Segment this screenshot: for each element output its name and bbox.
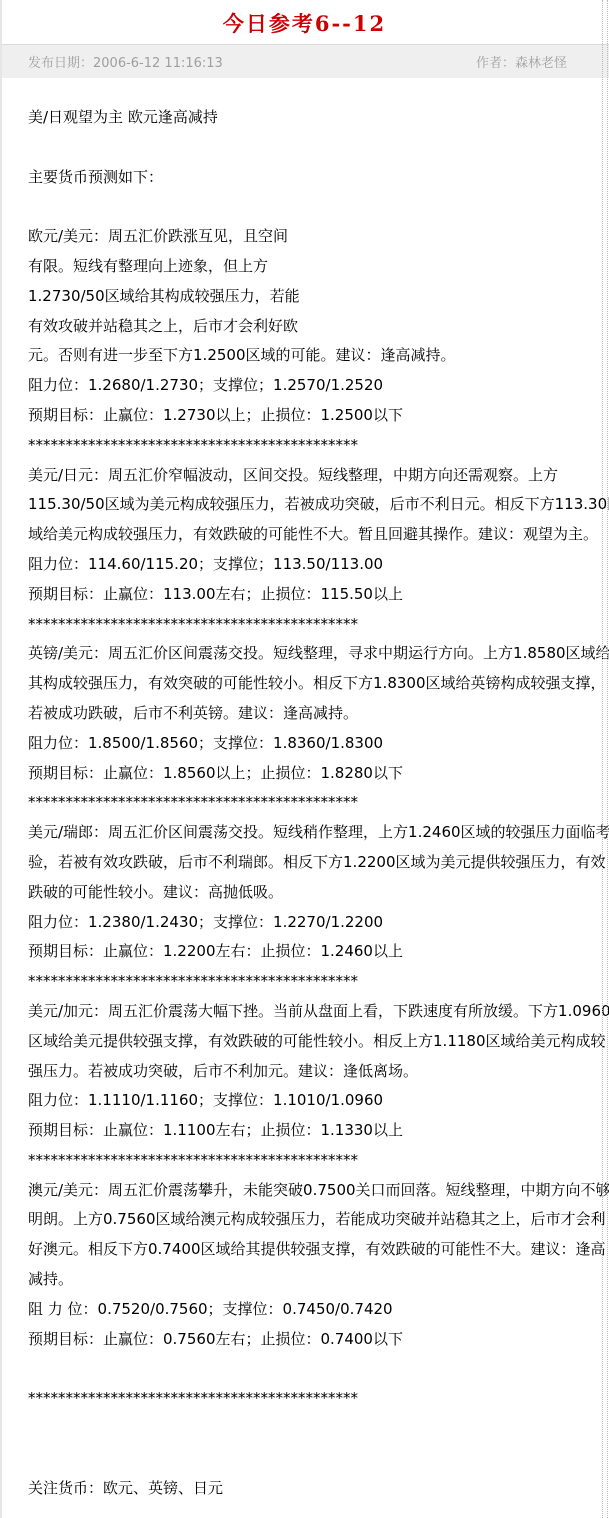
article-line: 美/日观望为主 欧元逢高减持 (28, 103, 609, 133)
author-label: 作者： (476, 56, 515, 71)
article-line: 明朗。上方0.7560区域给澳元构成较强压力，若能成功突破并站稳其之上，后市才会… (28, 1205, 609, 1235)
separator-line: ****************************************… (28, 610, 609, 640)
article-line: 有限。短线有整理向上迹象，但上方 (28, 252, 609, 282)
article-line: 预期目标：止赢位：1.2200左右：止损位：1.2460以上 (28, 937, 609, 967)
article-line: 美元/日元：周五汇价窄幅波动，区间交投。短线整理，中期方向还需观察。上方 (28, 461, 609, 491)
author-value: 森林老怪 (515, 56, 567, 71)
article-line: 元。否则有进一步至下方1.2500区域的可能。建议：逢高减持。 (28, 341, 609, 371)
article-line: 预期目标：止赢位：1.1100左右；止损位：1.1330以上 (28, 1116, 609, 1146)
article-line: 美元/瑞郎：周五汇价区间震荡交投。短线稍作整理，上方1.2460区域的较强压力面… (28, 818, 609, 848)
blank-line (28, 1354, 609, 1384)
article-line: 关注货币：欧元、英镑、日元 (28, 1474, 609, 1504)
article-line: 预期目标：止赢位：113.00左右；止损位：115.50以上 (28, 580, 609, 610)
article-line: 英镑/美元：周五汇价区间震荡交投。短线整理，寻求中期运行方向。上方1.8580区… (28, 639, 609, 669)
article-line: 验，若被有效攻跌破，后市不利瑞郎。相反下方1.2200区域为美元提供较强压力，有… (28, 848, 609, 878)
blank-line (28, 1444, 609, 1474)
publish-date: 发布日期：2006-6-12 11:16:13 (28, 52, 223, 71)
article-line: 1.2730/50区域给其构成较强压力，若能 (28, 282, 609, 312)
article-line: 减持。 (28, 1265, 609, 1295)
article-body: 美/日观望为主 欧元逢高减持 主要货币预测如下： 欧元/美元：周五汇价跌涨互见，… (0, 78, 609, 1503)
article-line: 区域给美元提供较强支撑，有效跌破的可能性较小。相反上方1.1180区域给美元构成… (28, 1027, 609, 1057)
article-line: 澳元/美元：周五汇价震荡攀升，未能突破0.7500关口而回落。短线整理，中期方向… (28, 1176, 609, 1206)
separator-line: ****************************************… (28, 1146, 609, 1176)
author: 作者：森林老怪 (476, 52, 567, 71)
article-line: 有效攻破并站稳其之上，后市才会利好欧 (28, 312, 609, 342)
separator-line: ****************************************… (28, 431, 609, 461)
article-line: 阻力位：1.2680/1.2730；支撑位；1.2570/1.2520 (28, 371, 609, 401)
article-page: 今日参考6--12 发布日期：2006-6-12 11:16:13 作者：森林老… (0, 0, 609, 1518)
blank-line (28, 1414, 609, 1444)
article-line: 欧元/美元：周五汇价跌涨互见，且空间 (28, 222, 609, 252)
article-line: 阻力位：1.8500/1.8560；支撑位：1.8360/1.8300 (28, 729, 609, 759)
article-line: 美元/加元：周五汇价震荡大幅下挫。当前从盘面上看，下跌速度有所放缓。下方1.09… (28, 997, 609, 1027)
blank-line (28, 192, 609, 222)
article-line: 预期目标：止赢位：1.2730以上；止损位：1.2500以下 (28, 401, 609, 431)
article-line: 阻力位：1.2380/1.2430；支撑位：1.2270/1.2200 (28, 908, 609, 938)
article-title: 今日参考6--12 (223, 8, 386, 38)
article-line: 阻力位：114.60/115.20；支撑位；113.50/113.00 (28, 550, 609, 580)
separator-line: ****************************************… (28, 788, 609, 818)
publish-date-value: 2006-6-12 11:16:13 (93, 56, 223, 71)
article-line: 若被成功跌破，后市不利英镑。建议：逢高减持。 (28, 699, 609, 729)
dotted-page-border (602, 0, 608, 1518)
page-left-edge (0, 0, 2, 1518)
article-line: 其构成较强压力，有效突破的可能性较小。相反下方1.8300区域给英镑构成较强支撑… (28, 669, 609, 699)
article-line: 主要货币预测如下： (28, 163, 609, 193)
article-line: 强压力。若被成功突破，后市不利加元。建议：逢低离场。 (28, 1057, 609, 1087)
article-header: 今日参考6--12 (0, 0, 609, 44)
article-lines: 美/日观望为主 欧元逢高减持 主要货币预测如下： 欧元/美元：周五汇价跌涨互见，… (28, 103, 609, 1503)
publish-date-label: 发布日期： (28, 56, 93, 71)
article-line: 好澳元。相反下方0.7400区域给其提供较强支撑，有效跌破的可能性不大。建议：逢… (28, 1235, 609, 1265)
article-line: 阻力位：1.1110/1.1160；支撑位：1.1010/1.0960 (28, 1086, 609, 1116)
separator-line: ****************************************… (28, 967, 609, 997)
blank-line (28, 133, 609, 163)
article-line: 跌破的可能性较小。建议：高抛低吸。 (28, 878, 609, 908)
article-line: 115.30/50区域为美元构成较强压力，若被成功突破，后市不利日元。相反下方1… (28, 490, 609, 520)
article-line: 预期目标：止赢位：0.7560左右；止损位：0.7400以下 (28, 1325, 609, 1355)
article-line: 预期目标：止赢位：1.8560以上；止损位：1.8280以下 (28, 759, 609, 789)
article-line: 阻 力 位：0.7520/0.7560；支撑位：0.7450/0.7420 (28, 1295, 609, 1325)
separator-line: ****************************************… (28, 1384, 609, 1414)
meta-bar: 发布日期：2006-6-12 11:16:13 作者：森林老怪 (0, 44, 609, 78)
article-line: 域给美元构成较强压力，有效跌破的可能性不大。暂且回避其操作。建议：观望为主。 (28, 520, 609, 550)
